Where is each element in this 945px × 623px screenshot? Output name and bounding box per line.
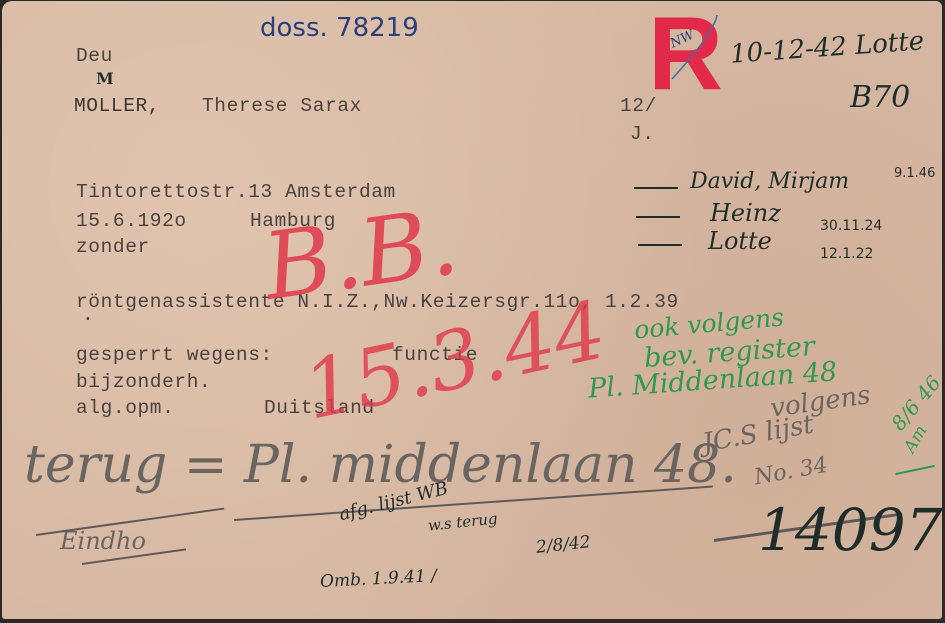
birth-date: 15.6.192o	[76, 212, 187, 232]
given-names: Therese Sarax	[202, 97, 362, 117]
ink-sub-note-3: 2/8/42	[535, 534, 591, 557]
green-underline	[895, 465, 935, 475]
code-bottom: J.	[630, 125, 655, 145]
ink-sub-note-2: w.s terug	[427, 511, 498, 533]
marker-m: M	[96, 71, 114, 87]
dossier-number: doss. 78219	[260, 15, 419, 41]
dash-3	[638, 244, 682, 246]
nationality: Deu	[76, 47, 113, 67]
surname: MOLLER,	[74, 97, 160, 117]
address: Tintorettostr.13 Amsterdam	[76, 183, 396, 203]
child-1-name: David, Mirjam	[690, 171, 849, 193]
red-note-bb: B.B.	[259, 196, 464, 314]
pencil-list-no: No. 34	[753, 455, 830, 490]
registration-card: Deu M MOLLER, Therese Sarax 12/ J. Tinto…	[2, 1, 942, 619]
top-right-date: 10-12-42 Lotte	[729, 28, 925, 67]
child-3-date: 12.1.22	[820, 247, 873, 261]
pencil-terug: terug = Pl. middenlaan 48.	[24, 439, 737, 491]
religion: zonder	[76, 238, 150, 258]
blocked-label: gesperrt wegens:	[76, 346, 273, 366]
dash-2	[636, 216, 680, 218]
card-number: 14097	[758, 501, 942, 559]
child-3-name: Lotte	[708, 229, 772, 253]
remarks-label: alg.opm.	[76, 399, 174, 419]
blue-slash-mark	[662, 13, 722, 83]
top-right-code: B70	[850, 83, 910, 113]
dash-1	[634, 187, 678, 189]
child-2-name: Heinz	[710, 201, 781, 225]
child-1-date: 9.1.46	[894, 167, 935, 180]
particulars-label: bijzonderh.	[76, 373, 211, 393]
child-2-date: 30.11.24	[820, 219, 882, 233]
dot: .	[82, 306, 94, 326]
pencil-crossed-word: Eindho	[60, 529, 146, 553]
pencil-list: JC.S lijst	[701, 411, 816, 456]
ink-bottom-note: Omb. 1.9.41 /	[320, 568, 438, 591]
